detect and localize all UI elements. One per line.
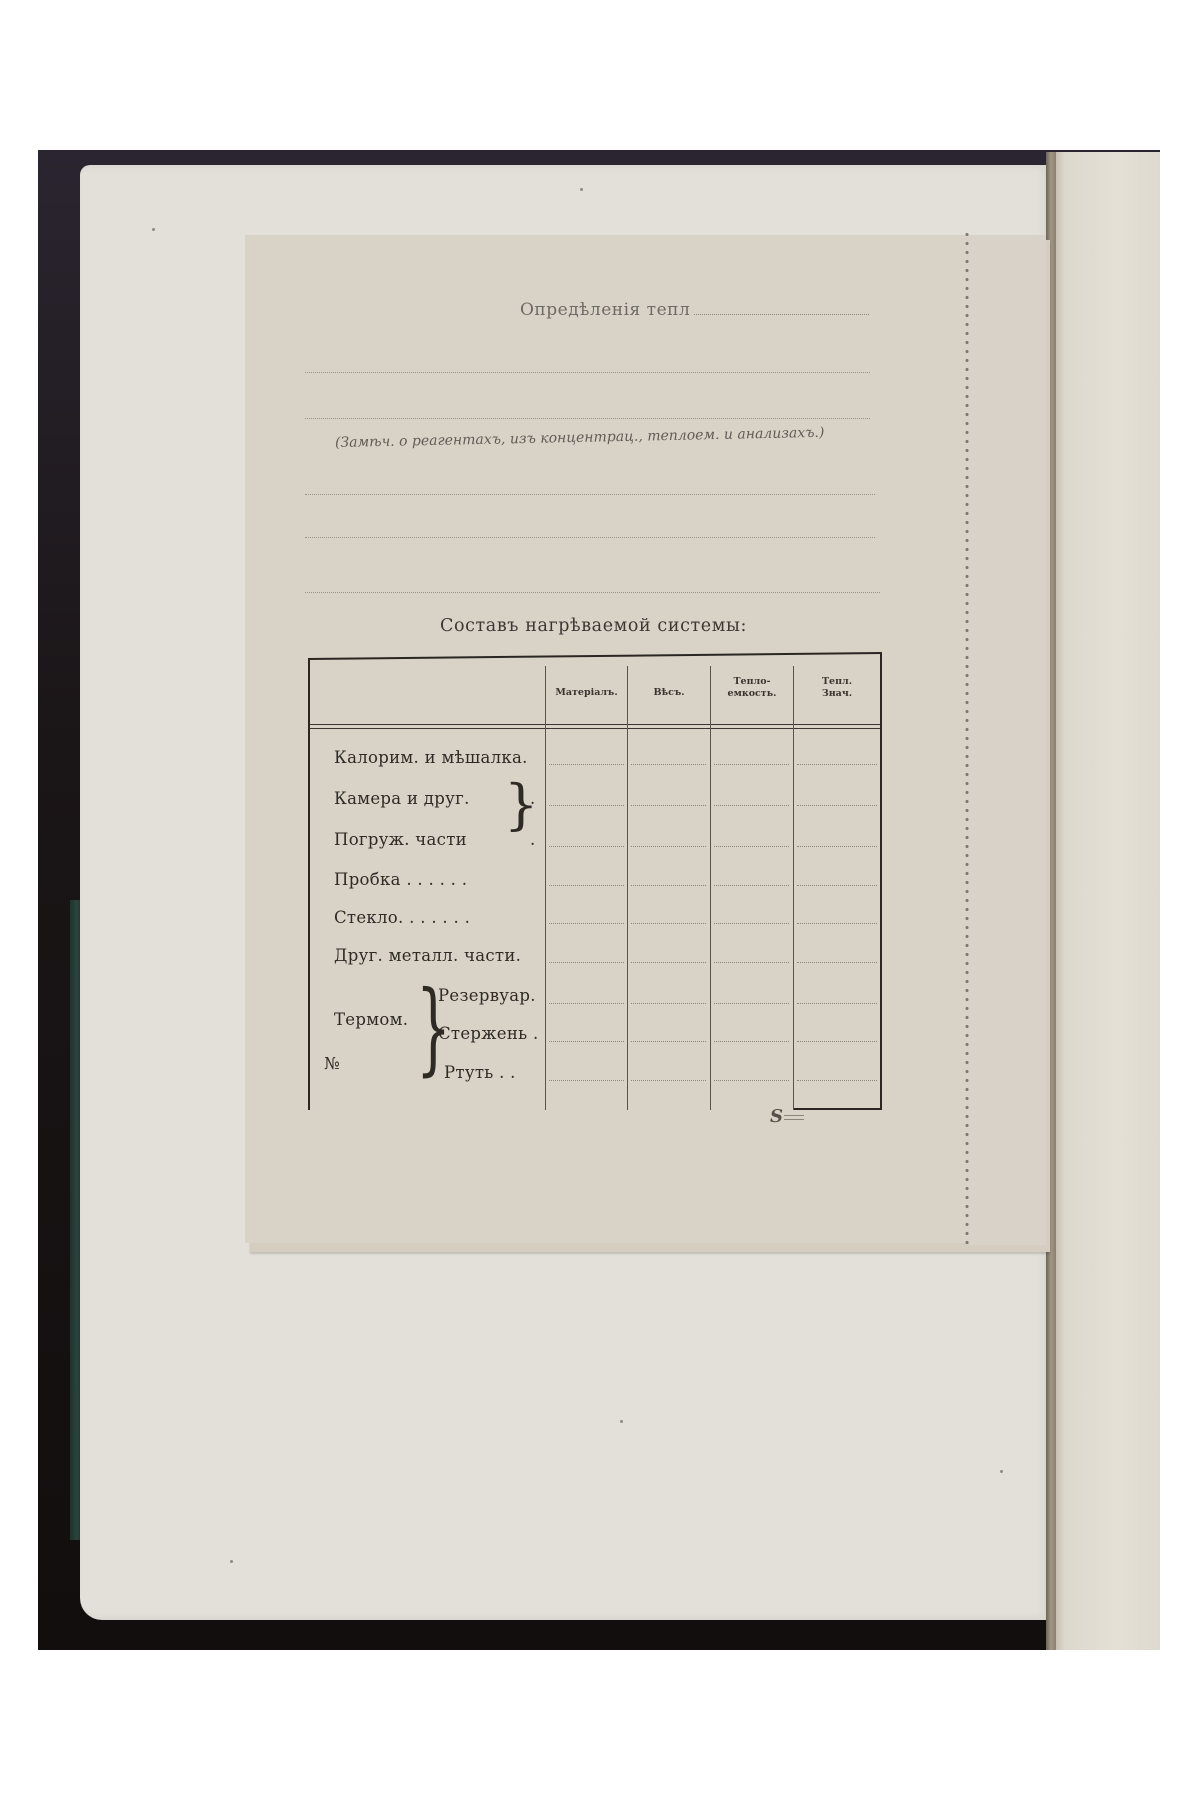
sum-label: S [770,1106,804,1127]
row-label-cork: Пробка . . . . . . [334,870,467,889]
table-cell-fill-line [549,805,624,806]
row-label-other-metal: Друг. металл. части. [334,946,521,965]
row-label-glass: Стекло. . . . . . . [334,908,470,927]
writing-line [305,537,875,538]
column-header-heat-capacity-line2: емкость. [711,688,793,700]
table-cell-fill-line [797,923,877,924]
paper-speck [1000,1470,1003,1473]
column-divider [627,666,628,1110]
sum-symbol: S [770,1106,783,1127]
table-cell-fill-line [631,764,706,765]
column-header-heat-value-line2: Знач. [794,688,880,700]
table-cell-fill-line [549,923,624,924]
table-header-separator [310,724,880,729]
table-cell-fill-line [549,764,624,765]
row-label-mercury: Ртуть . . [444,1063,516,1082]
row-label-thermometer: Термом. [334,1010,408,1029]
column-divider [545,666,546,1110]
table-cell-fill-line [549,846,624,847]
table-cell-fill-line [714,805,789,806]
table-cell-fill-line [631,805,706,806]
perforated-edge [963,230,971,1250]
row-dot: . [530,789,536,808]
table-cell-fill-line [631,1003,706,1004]
table-cell-fill-line [714,885,789,886]
writing-line [305,418,870,419]
right-page-edge [1052,152,1160,1650]
row-label-chamber: Камера и друг. [334,789,470,808]
table-cell-fill-line [549,1003,624,1004]
writing-line [305,372,870,373]
form-heading: Опредѣленія тепл [520,300,870,320]
paper-speck [580,188,583,191]
table-cell-fill-line [714,846,789,847]
table-cell-fill-line [714,923,789,924]
paper-speck [620,1420,623,1423]
table-cell-fill-line [797,764,877,765]
composition-table: Матеріалъ. Вѣсъ. Тепло- емкость. Тепл. З… [308,658,882,1110]
writing-line [305,592,880,593]
column-divider [710,666,711,1110]
column-header-heat-capacity-line1: Тепло- [711,676,793,688]
column-header-material: Матеріалъ. [546,687,627,699]
table-cell-fill-line [631,885,706,886]
table-cell-fill-line [797,1080,877,1081]
row-label-reservoir: Резервуар. [438,986,536,1005]
table-cell-fill-line [714,1080,789,1081]
column-header-heat-value-line1: Тепл. [794,676,880,688]
paper-speck [230,1560,233,1563]
heading-fill-line [694,302,869,315]
paper-speck [152,228,155,231]
table-cell-fill-line [549,885,624,886]
writing-line [305,494,875,495]
table-cell-fill-line [797,1041,877,1042]
table-cell-fill-line [797,962,877,963]
section-title: Составъ нагрѣваемой системы: [440,616,760,636]
table-cell-fill-line [631,923,706,924]
table-cell-fill-line [797,885,877,886]
table-cell-fill-line [714,764,789,765]
sum-underline [794,1108,880,1110]
table-cell-fill-line [631,1041,706,1042]
table-cell-fill-line [549,1080,624,1081]
table-cell-fill-line [797,1003,877,1004]
row-dot: . [530,830,536,849]
table-cell-fill-line [631,962,706,963]
column-divider [793,666,794,1110]
table-cell-fill-line [631,1080,706,1081]
equals-sign [784,1115,804,1120]
table-cell-fill-line [797,846,877,847]
table-cell-fill-line [714,962,789,963]
heading-text: Опредѣленія тепл [520,300,690,320]
form-sheet-flap [970,235,1046,1245]
table-cell-fill-line [797,805,877,806]
table-right-border [880,654,882,1110]
row-label-immersed-parts: Погруж. части [334,830,467,849]
column-header-heat-value: Тепл. Знач. [794,676,880,700]
table-cell-fill-line [549,962,624,963]
table-cell-fill-line [631,846,706,847]
table-cell-fill-line [714,1041,789,1042]
table-cell-fill-line [549,1041,624,1042]
thermometer-number-sign: № [324,1054,340,1073]
column-header-weight: Вѣсъ. [628,687,710,699]
table-cell-fill-line [714,1003,789,1004]
row-label-calorimeter: Калорим. и мѣшалка. [334,748,528,767]
column-header-heat-capacity: Тепло- емкость. [711,676,793,700]
row-label-stem: Стержень . [438,1024,539,1043]
